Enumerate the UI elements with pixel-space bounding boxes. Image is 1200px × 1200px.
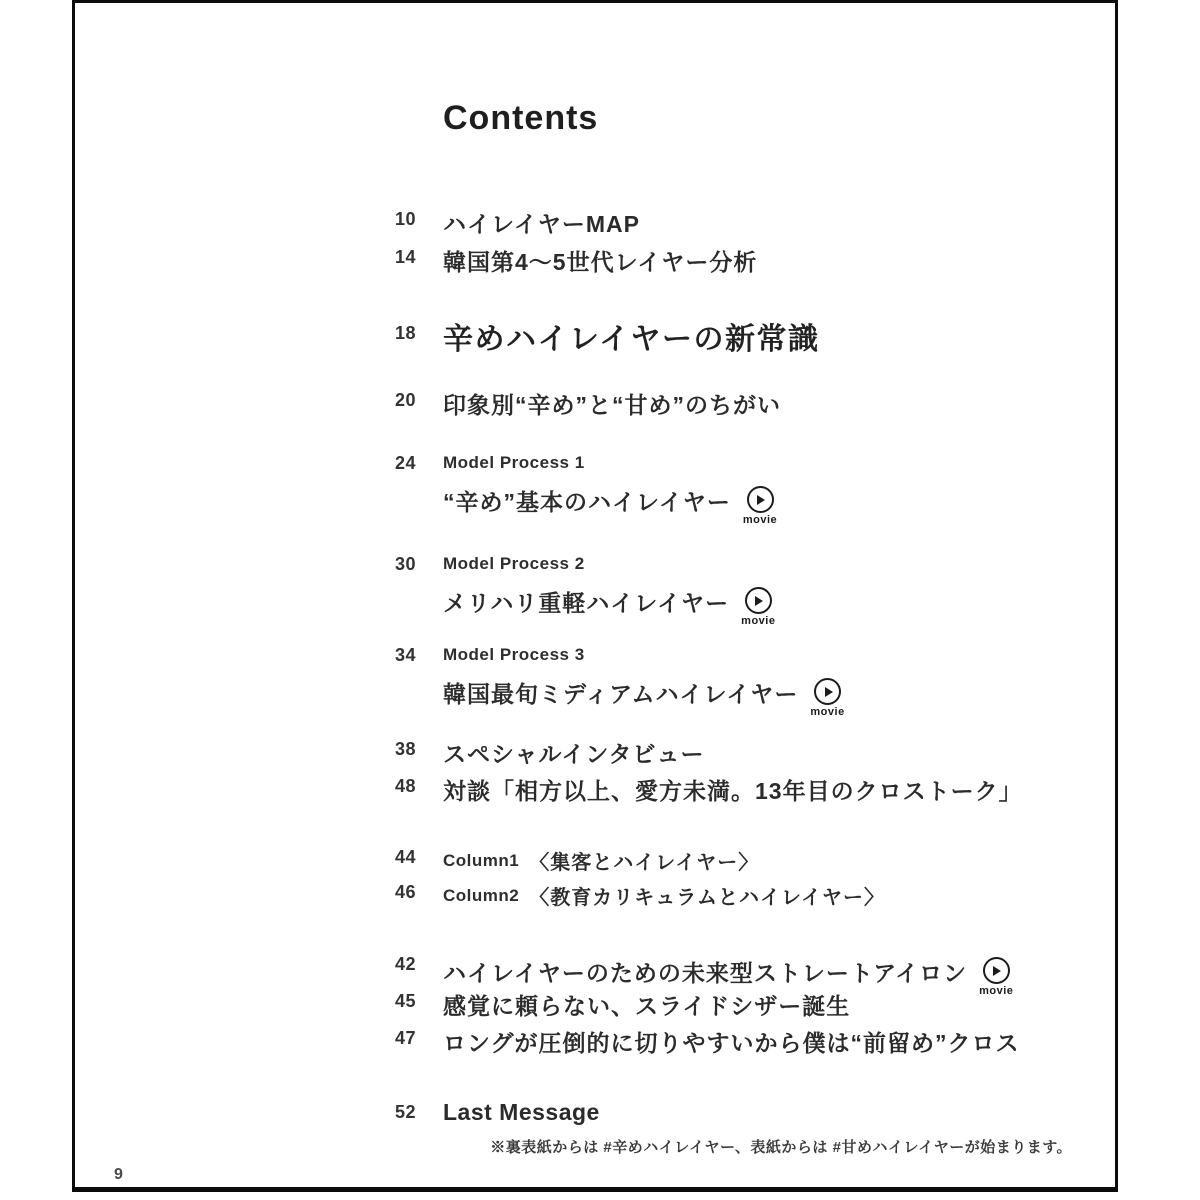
toc-entry-body: Model Process 2 メリハリ重軽ハイレイヤー movie <box>443 554 775 621</box>
toc-entry-title: ロングが圧倒的に切りやすいから僕は“前留め”クロス <box>443 1025 1020 1058</box>
toc-entry-title: スペシャルインタビュー <box>443 736 704 769</box>
movie-label: movie <box>743 514 777 526</box>
toc-entry-title: メリハリ重軽ハイレイヤー <box>443 585 729 618</box>
play-triangle-icon <box>825 687 833 697</box>
toc-entry-title: 韓国最旬ミディアムハイレイヤー <box>443 676 798 709</box>
toc-entry-title: Last Message <box>443 1099 600 1126</box>
play-icon <box>983 957 1010 984</box>
toc-page-number: 42 <box>395 951 443 975</box>
toc-entry: 47 ロングが圧倒的に切りやすいから僕は“前留め”クロス <box>395 1025 1020 1058</box>
toc-page-number: 48 <box>395 773 443 797</box>
toc-entry-title: 〈集客とハイレイヤー〉 <box>529 846 759 875</box>
toc-entry: 34 Model Process 3 韓国最旬ミディアムハイレイヤー movie <box>395 645 845 712</box>
toc-entry: 14 韓国第4～5世代レイヤー分析 <box>395 244 757 277</box>
toc-entry-title: ハイレイヤーのための未来型ストレートアイロン <box>443 955 967 988</box>
toc-entry-title-line: ハイレイヤーのための未来型ストレートアイロン movie <box>443 951 1013 991</box>
toc-entry-title-line: “辛め”基本のハイレイヤー movie <box>443 480 777 520</box>
movie-label: movie <box>979 985 1013 997</box>
toc-entry-label: Column2 <box>443 886 519 906</box>
toc-entry: 42 ハイレイヤーのための未来型ストレートアイロン movie <box>395 951 1013 991</box>
toc-page-number: 20 <box>395 387 443 411</box>
toc-entry-title-line: Column2 〈教育カリキュラムとハイレイヤー〉 <box>443 881 885 910</box>
toc-entry-title: ハイレイヤーMAP <box>443 206 640 239</box>
toc-page-number: 10 <box>395 206 443 230</box>
toc-page-number: 34 <box>395 645 443 666</box>
toc-entry-title: 対談「相方以上、愛方未満。13年目のクロストーク」 <box>443 773 1023 806</box>
toc-entry: 45 感覚に頼らない、スライドシザー誕生 <box>395 988 850 1021</box>
movie-badge: movie <box>979 957 1013 997</box>
toc-entry-heading: 18 辛めハイレイヤーの新常識 <box>395 314 820 358</box>
play-triangle-icon <box>993 966 1001 976</box>
toc-entry: 10 ハイレイヤーMAP <box>395 206 640 239</box>
play-triangle-icon <box>757 495 765 505</box>
toc-entry-title: “辛め”基本のハイレイヤー <box>443 484 731 517</box>
toc-page-number: 18 <box>395 314 443 344</box>
play-icon <box>814 678 841 705</box>
movie-badge: movie <box>741 587 775 627</box>
movie-badge: movie <box>810 678 844 718</box>
toc-entry-label: Model Process 1 <box>443 453 777 473</box>
toc-entry-body: Model Process 3 韓国最旬ミディアムハイレイヤー movie <box>443 645 845 712</box>
toc-entry-label: Model Process 3 <box>443 645 845 665</box>
play-icon <box>747 486 774 513</box>
toc-page-number: 38 <box>395 736 443 760</box>
toc-page-number: 44 <box>395 846 443 868</box>
toc-entry: 48 対談「相方以上、愛方未満。13年目のクロストーク」 <box>395 773 1023 806</box>
toc-entry: 38 スペシャルインタビュー <box>395 736 704 769</box>
toc-entry-title: 韓国第4～5世代レイヤー分析 <box>443 244 757 277</box>
toc-entry-title: 印象別“辛め”と“甘め”のちがい <box>443 387 781 420</box>
toc-page-number: 24 <box>395 453 443 474</box>
cover-note: ※裏表紙からは #辛めハイレイヤー、表紙からは #甘めハイレイヤーが始まります。 <box>490 1136 1072 1157</box>
toc-entry-label: Column1 <box>443 851 519 871</box>
toc-page-number: 52 <box>395 1099 443 1123</box>
toc-page-number: 47 <box>395 1025 443 1049</box>
toc-page-number: 46 <box>395 881 443 903</box>
play-icon <box>745 587 772 614</box>
toc-entry-title-line: 韓国最旬ミディアムハイレイヤー movie <box>443 672 845 712</box>
toc-page-number: 30 <box>395 554 443 575</box>
toc-entry: 30 Model Process 2 メリハリ重軽ハイレイヤー movie <box>395 554 775 621</box>
folio-page-number: 9 <box>114 1166 123 1184</box>
toc-entry: 44 Column1 〈集客とハイレイヤー〉 <box>395 846 759 875</box>
toc-page-number: 45 <box>395 988 443 1012</box>
toc-entry-label: Model Process 2 <box>443 554 775 574</box>
toc-entry-body: Model Process 1 “辛め”基本のハイレイヤー movie <box>443 453 777 520</box>
toc-entry-title: 辛めハイレイヤーの新常識 <box>443 314 820 358</box>
movie-label: movie <box>810 706 844 718</box>
play-triangle-icon <box>755 596 763 606</box>
toc-entry-title: 〈教育カリキュラムとハイレイヤー〉 <box>529 881 885 910</box>
toc-entry-title: 感覚に頼らない、スライドシザー誕生 <box>443 988 850 1021</box>
toc-entry-title-line: Column1 〈集客とハイレイヤー〉 <box>443 846 759 875</box>
toc-entry-title-line: メリハリ重軽ハイレイヤー movie <box>443 581 775 621</box>
toc-page-number: 14 <box>395 244 443 268</box>
movie-badge: movie <box>743 486 777 526</box>
toc-entry: 24 Model Process 1 “辛め”基本のハイレイヤー movie <box>395 453 777 520</box>
toc-entry: 46 Column2 〈教育カリキュラムとハイレイヤー〉 <box>395 881 885 910</box>
toc-entry: 52 Last Message <box>395 1099 600 1126</box>
toc-entry: 20 印象別“辛め”と“甘め”のちがい <box>395 387 781 420</box>
movie-label: movie <box>741 615 775 627</box>
page-title: Contents <box>443 99 598 138</box>
